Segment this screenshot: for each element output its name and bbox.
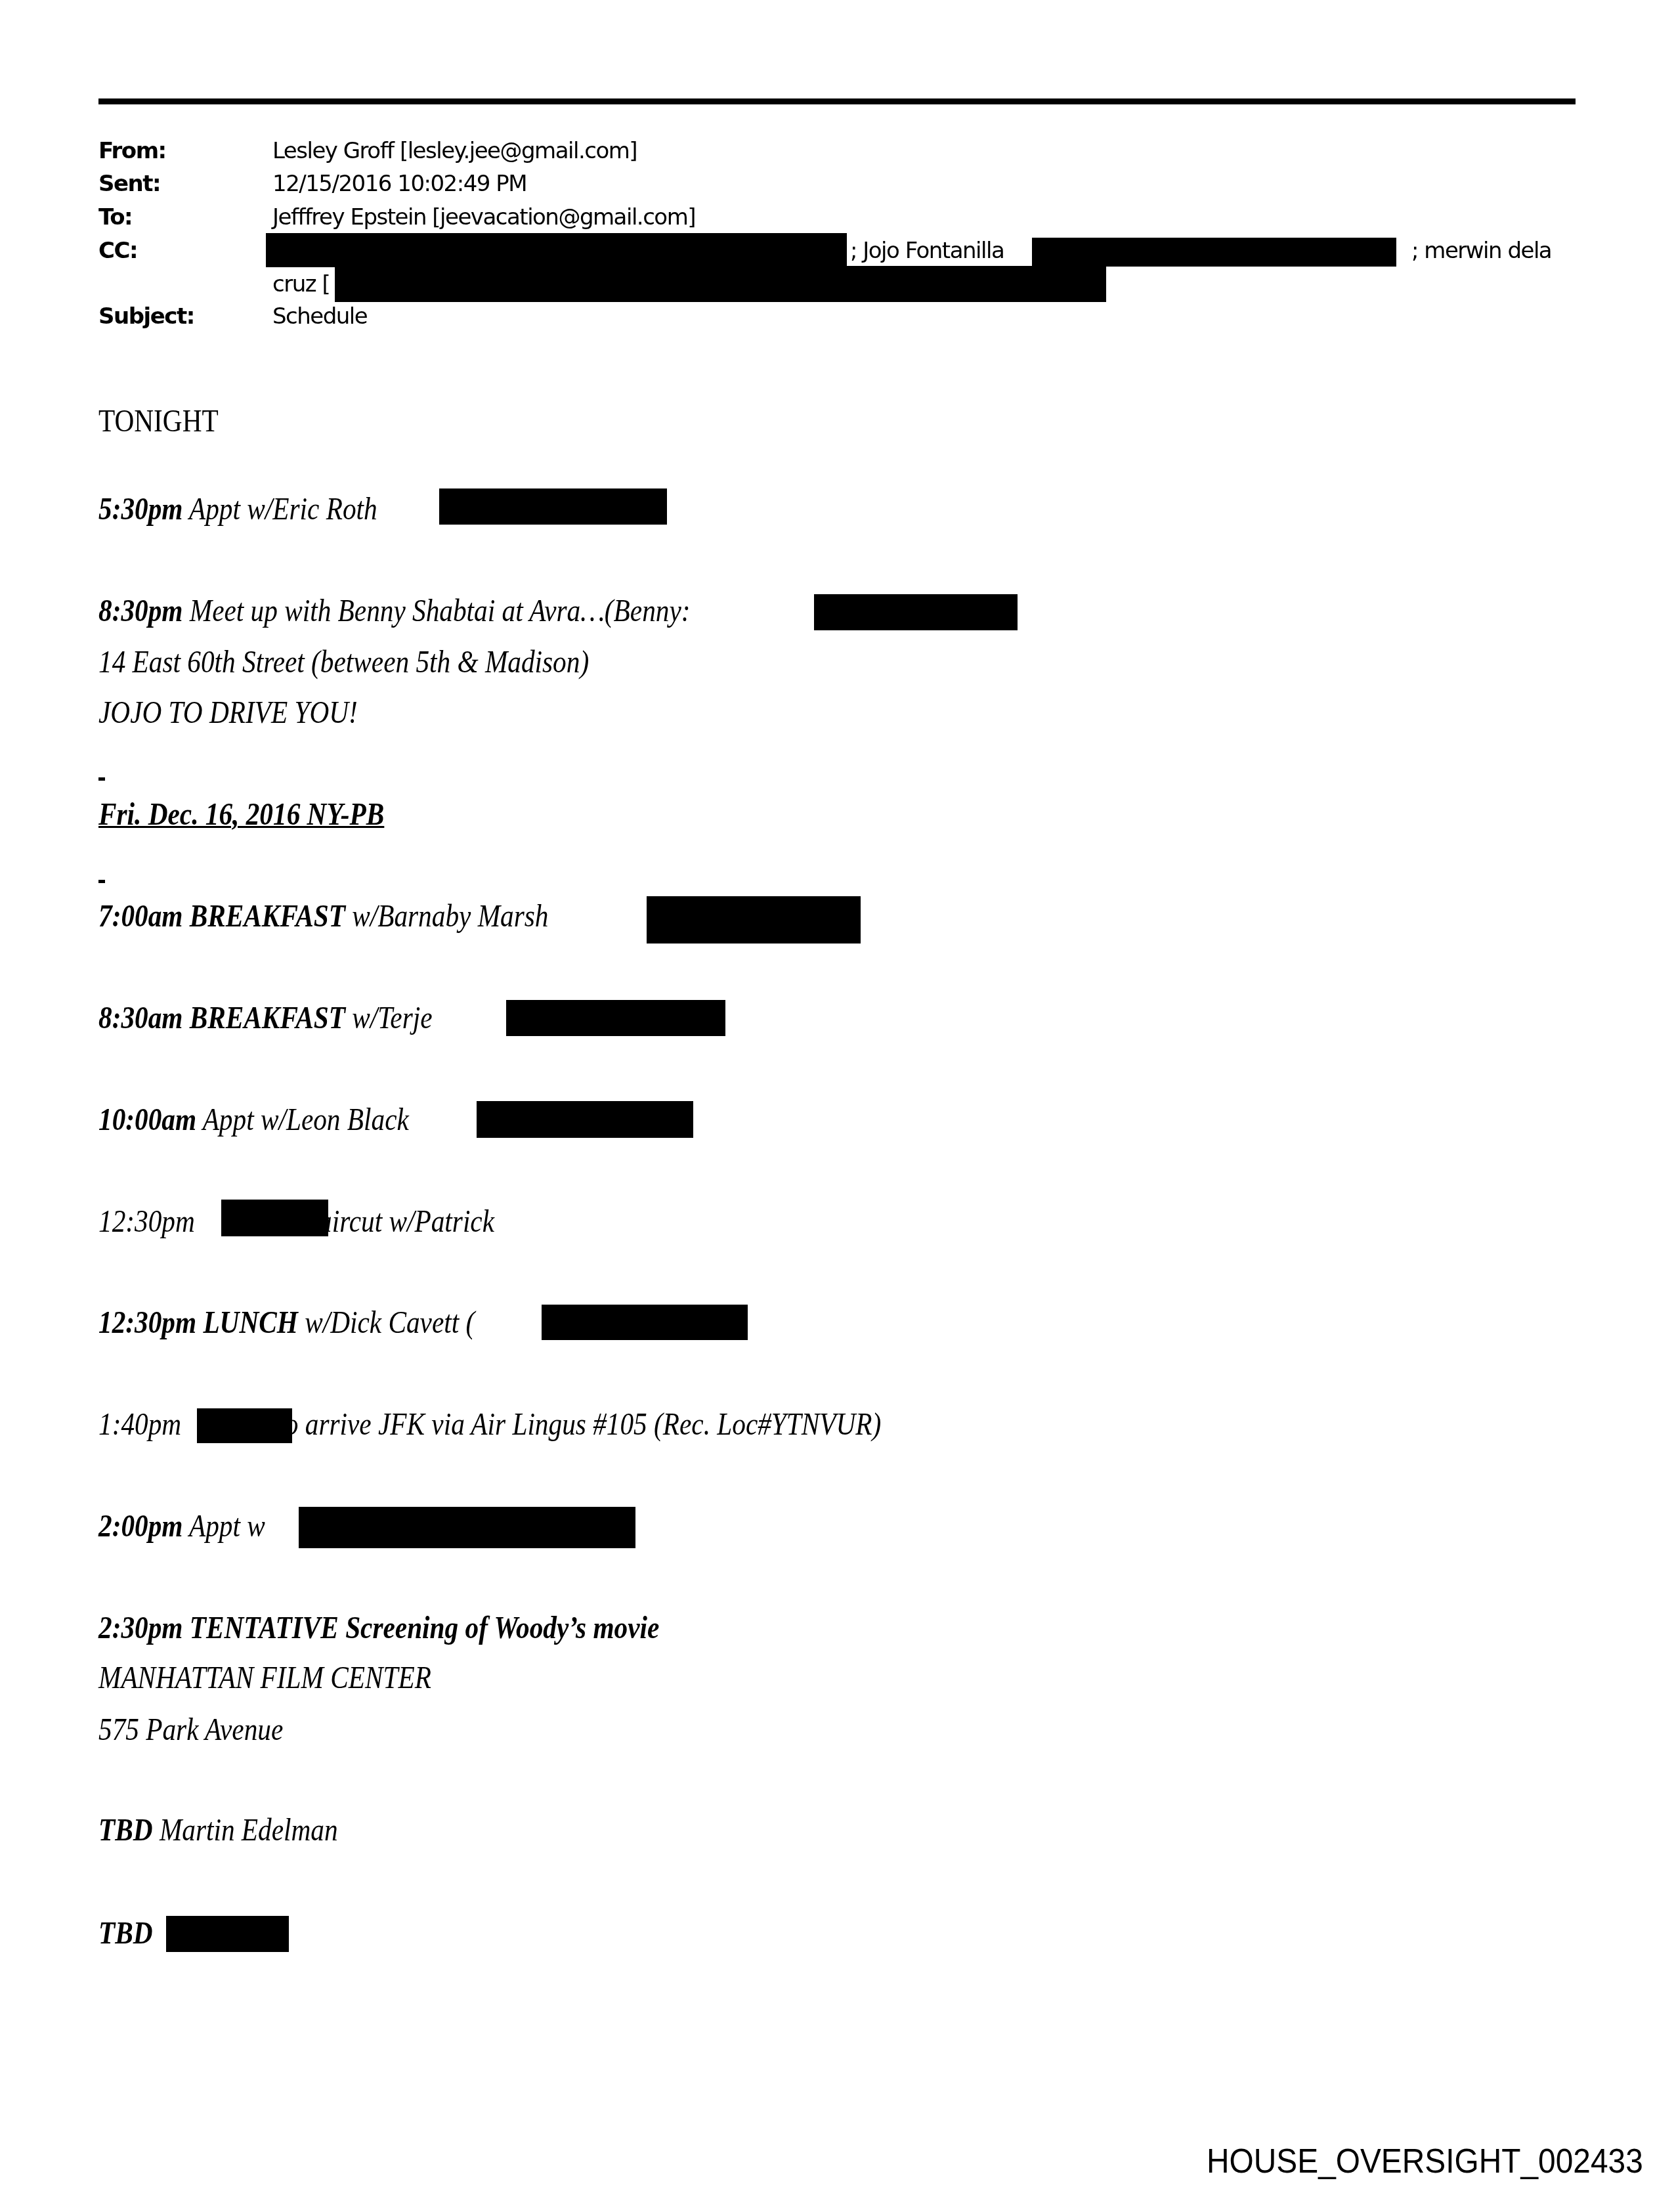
date-heading-text: Fri. Dec. 16, 2016 NY-PB bbox=[98, 797, 384, 832]
subject-label: Subject: bbox=[98, 303, 194, 330]
item-time: 1:40pm bbox=[98, 1407, 181, 1442]
item-text: Appt w/Eric Roth bbox=[182, 492, 377, 527]
item-text: w/Terje bbox=[345, 1001, 433, 1035]
item-tbd-redacted: TBD bbox=[98, 1915, 153, 1952]
item-230pm-venue: MANHATTAN FILM CENTER bbox=[98, 1660, 431, 1697]
item-time: 7:00am BREAKFAST bbox=[98, 899, 345, 934]
redaction-tbd bbox=[166, 1916, 289, 1952]
item-time: 2:00pm bbox=[98, 1509, 182, 1544]
sent-value: 12/15/2016 10:02:49 PM bbox=[272, 171, 526, 197]
item-text: 2:30pm TENTATIVE Screening of Woody’s mo… bbox=[98, 1611, 659, 1645]
item-text: Martin Edelman bbox=[153, 1813, 338, 1848]
item-1230pm-lunch: 12:30pm LUNCH w/Dick Cavett ( bbox=[98, 1305, 475, 1341]
redaction-eric-roth bbox=[439, 488, 667, 525]
separator-dash bbox=[98, 777, 105, 781]
redaction-cc-3 bbox=[335, 266, 1106, 302]
redaction-dick-cavett bbox=[542, 1305, 748, 1340]
item-700am: 7:00am BREAKFAST w/Barnaby Marsh bbox=[98, 898, 548, 935]
item-time: 12:30pm bbox=[98, 1204, 195, 1239]
sent-label: Sent: bbox=[98, 171, 160, 197]
redaction-leon-black bbox=[477, 1101, 693, 1138]
item-time: 8:30pm bbox=[98, 594, 182, 628]
from-label: From: bbox=[98, 138, 166, 164]
redaction-haircut bbox=[221, 1200, 328, 1236]
item-830pm: 8:30pm Meet up with Benny Shabtai at Avr… bbox=[98, 593, 690, 630]
item-text: w/Barnaby Marsh bbox=[345, 899, 549, 934]
cc-jojo: ; Jojo Fontanilla bbox=[850, 238, 1004, 264]
to-label: To: bbox=[98, 204, 132, 230]
redaction-barnaby bbox=[647, 896, 861, 943]
item-830am: 8:30am BREAKFAST w/Terje bbox=[98, 1000, 433, 1037]
tonight-heading: TONIGHT bbox=[98, 403, 219, 440]
to-value: Jefffrey Epstein [jeevacation@gmail.com] bbox=[272, 204, 695, 230]
cc-cruz: cruz [ bbox=[272, 271, 330, 297]
item-830pm-note: JOJO TO DRIVE YOU! bbox=[98, 695, 358, 731]
item-text: to arrive JFK via Air Lingus #105 (Rec. … bbox=[277, 1407, 881, 1442]
redaction-terje bbox=[506, 1000, 725, 1036]
cc-label: CC: bbox=[98, 238, 137, 264]
item-200pm: 2:00pm Appt w bbox=[98, 1508, 265, 1545]
redaction-cc-1 bbox=[266, 233, 847, 267]
item-530pm: 5:30pm Appt w/Eric Roth bbox=[98, 491, 377, 528]
redaction-arrival bbox=[197, 1408, 292, 1443]
separator-dash bbox=[98, 880, 105, 883]
item-text: Appt w bbox=[182, 1509, 265, 1544]
header-rule bbox=[98, 98, 1576, 104]
item-text: haircut w/Patrick bbox=[305, 1204, 494, 1239]
item-time: 5:30pm bbox=[98, 492, 182, 527]
item-830pm-address: 14 East 60th Street (between 5th & Madis… bbox=[98, 644, 589, 681]
cc-merwin: ; merwin dela bbox=[1411, 238, 1551, 264]
from-value: Lesley Groff [lesley.jee@gmail.com] bbox=[272, 138, 637, 164]
redaction-benny bbox=[814, 594, 1018, 630]
date-heading: Fri. Dec. 16, 2016 NY-PB bbox=[98, 796, 384, 833]
bates-number: HOUSE_OVERSIGHT_002433 bbox=[1207, 2142, 1643, 2181]
subject-value: Schedule bbox=[272, 303, 367, 330]
item-230pm: 2:30pm TENTATIVE Screening of Woody’s mo… bbox=[98, 1610, 659, 1647]
item-time: 8:30am BREAKFAST bbox=[98, 1001, 345, 1035]
item-time: TBD bbox=[98, 1916, 153, 1951]
item-230pm-address: 575 Park Avenue bbox=[98, 1712, 283, 1748]
item-text: w/Dick Cavett ( bbox=[298, 1305, 475, 1340]
item-1000am: 10:00am Appt w/Leon Black bbox=[98, 1102, 409, 1139]
item-text: Meet up with Benny Shabtai at Avra…(Benn… bbox=[182, 594, 690, 628]
item-tbd-edelman: TBD Martin Edelman bbox=[98, 1812, 338, 1849]
item-time: TBD bbox=[98, 1813, 153, 1848]
item-text: Appt w/Leon Black bbox=[196, 1102, 409, 1137]
item-time: 10:00am bbox=[98, 1102, 196, 1137]
redaction-200pm bbox=[299, 1507, 635, 1548]
redaction-cc-2 bbox=[1032, 238, 1396, 267]
item-time: 12:30pm LUNCH bbox=[98, 1305, 298, 1340]
